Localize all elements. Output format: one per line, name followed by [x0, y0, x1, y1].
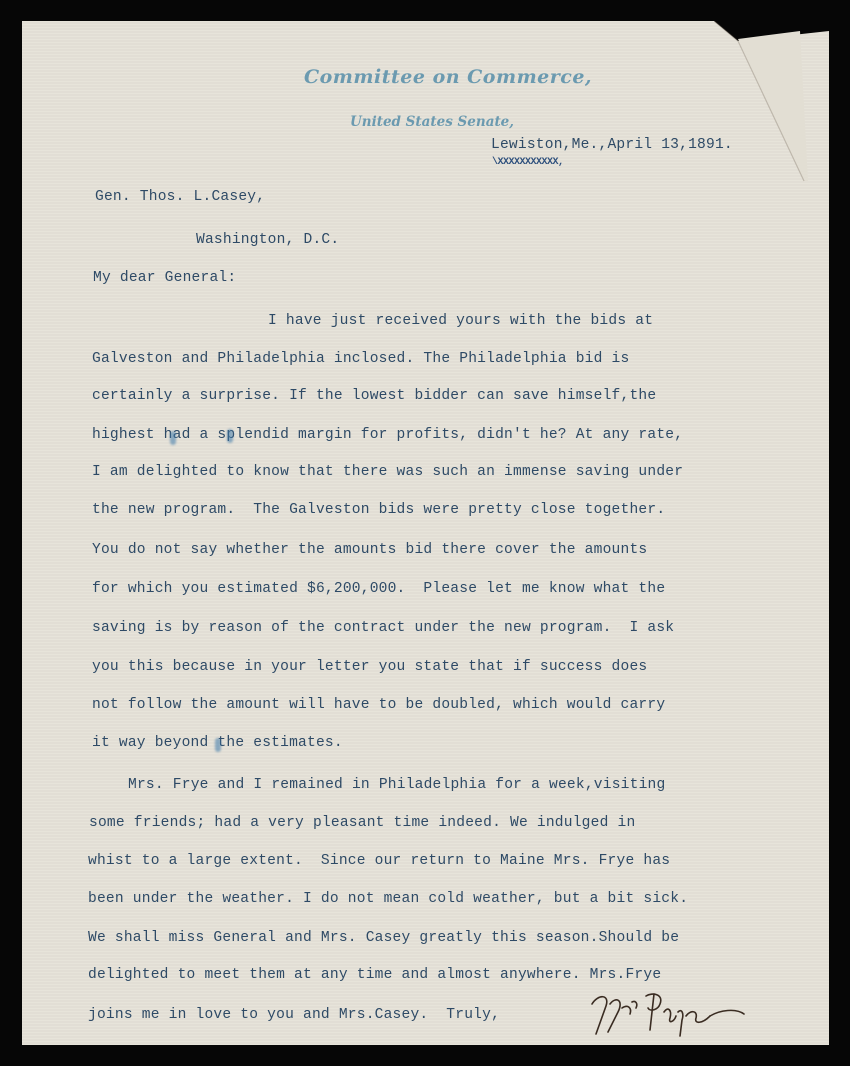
document-scan: Committee on Commerce, United States Sen…	[0, 0, 850, 1066]
ink-smudge	[215, 738, 221, 752]
body-line: I have just received yours with the bids…	[268, 313, 653, 329]
body-line: Mrs. Frye and I remained in Philadelphia…	[128, 777, 665, 793]
body-line: Galveston and Philadelphia inclosed. The…	[92, 351, 629, 367]
handwritten-signature	[588, 990, 758, 1040]
body-line: been under the weather. I do not mean co…	[88, 891, 688, 907]
body-line: highest had a splendid margin for profit…	[92, 427, 683, 443]
letterhead-subtitle: United States Senate,	[350, 114, 514, 130]
body-line: whist to a large extent. Since our retur…	[88, 853, 670, 869]
body-line: certainly a surprise. If the lowest bidd…	[92, 388, 656, 404]
body-line: saving is by reason of the contract unde…	[92, 620, 674, 636]
body-line: for which you estimated $6,200,000. Plea…	[92, 581, 665, 597]
dateline: Lewiston,Me.,April 13,1891.	[491, 137, 733, 153]
ink-smudge	[227, 429, 233, 443]
body-line: I am delighted to know that there was su…	[92, 464, 683, 480]
body-line: You do not say whether the amounts bid t…	[92, 542, 647, 558]
letterhead-title: Committee on Commerce,	[304, 66, 592, 88]
body-line: joins me in love to you and Mrs.Casey. T…	[88, 1007, 500, 1023]
body-line: some friends; had a very pleasant time i…	[89, 815, 635, 831]
body-line: not follow the amount will have to be do…	[92, 697, 665, 713]
recipient-name: Gen. Thos. L.Casey,	[95, 189, 265, 205]
body-line: We shall miss General and Mrs. Casey gre…	[88, 930, 679, 946]
ink-smudge	[170, 431, 176, 445]
struck-out-text: \XXXXXXXXXXX,	[492, 157, 564, 168]
recipient-location: Washington, D.C.	[196, 232, 339, 248]
body-line: the new program. The Galveston bids were…	[92, 502, 665, 518]
salutation: My dear General:	[93, 270, 236, 286]
body-line: delighted to meet them at any time and a…	[88, 967, 661, 983]
body-line: you this because in your letter you stat…	[92, 659, 647, 675]
